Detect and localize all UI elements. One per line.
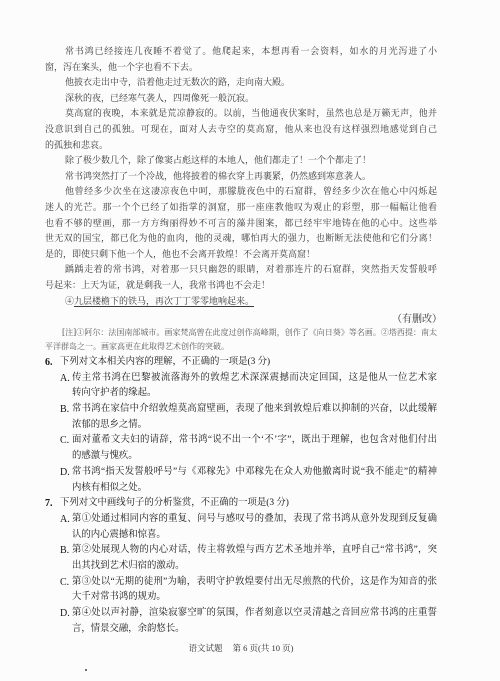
- option-text: 第④处以声衬静，渲染寂寥空旷的氛围，作者刻意以空灵清越之音回应常书鸿的庄重誓: [72, 606, 437, 622]
- question-stem: 下列对文本相关内容的理解，不正确的一项是(3 分): [45, 355, 437, 371]
- option-label: C.: [60, 575, 72, 591]
- underlined-sentence-4: ④九层楼檐下的铁马，再次丁丁零零地响起来。: [45, 295, 437, 311]
- option-text: 常书鸿在家信中介绍敦煌莫高窟壁画，表现了他来到敦煌后难以抑制的兴奋，以此缓解: [72, 402, 437, 418]
- questions: 6. 下列对文本相关内容的理解，不正确的一项是(3 分) A. 传主常书鸿在巴黎…: [45, 355, 437, 637]
- passage-line: 没意识到自己的孤独。可现在，面对人去寺空的莫高窟，他从来也没有这样强烈地感觉到自…: [45, 123, 437, 139]
- question-6-option-b: B. 常书鸿在家信中介绍敦煌莫高窟壁画，表现了他来到敦煌后难以抑制的兴奋，以此缓…: [45, 402, 437, 418]
- question-6-stem: 6. 下列对文本相关内容的理解，不正确的一项是(3 分): [45, 355, 437, 371]
- option-text: 第③处以“无期的徒刑”为喻，表明守护敦煌要付出无尽煎熬的代价，这是作为知音的张: [72, 575, 437, 591]
- option-text-continued: 出其找到艺术归宿的激动。: [45, 559, 437, 575]
- question-number: 7.: [45, 496, 53, 512]
- option-text: 第②处展现人物的内心对话，传主将敦煌与西方艺术圣地并举，直呼自己“常书鸿”，突: [72, 543, 437, 559]
- passage-line: 世无双的国宝，都已化为他的血肉，他的灵魂，哪怕再大的强力，也断断无法使他和它们分…: [45, 232, 437, 248]
- option-label: D.: [60, 606, 72, 622]
- annotation-line: [注]①阿尔：法国南部城市。画家梵高曾在此度过创作高峰期，创作了《向日葵》等名画…: [45, 326, 437, 340]
- question-6-option-d: D. 常书鸿“指天发誓般呼号”与《邓稼先》中邓稼先在众人劝他撤离时说“我不能走”…: [45, 465, 437, 481]
- option-text-continued: 的感激与愧疚。: [45, 449, 437, 465]
- passage-line: 迷人的光芒。那一个个已经了如指掌的洞窟，那一座座教他叹为观止的彩塑，那一幅幅让他…: [45, 201, 437, 217]
- exam-page: 常书鸿已经接连几夜睡不着觉了。他爬起来，本想再看一会资料，如水的月光泻进了小 窗…: [0, 0, 500, 681]
- passage-line: 的孤独和悲哀。: [45, 139, 437, 155]
- footer-page-number: 第 6 页(共 10 页): [233, 643, 294, 653]
- underlined-text: 九层楼檐下的铁马，再次丁丁零零地响起来。: [74, 297, 254, 307]
- option-label: C.: [60, 433, 72, 449]
- option-text-continued: 大千对常书鸿的规劝。: [45, 590, 437, 606]
- question-stem: 下列对文中画线句子的分析鉴赏，不正确的一项是(3 分): [45, 496, 437, 512]
- passage-line: 踽踽走着的常书鸿，对着那一只只幽怨的眼睛，对着那连片的石窟群，突然指天发誓般呼: [45, 263, 437, 279]
- passage-line: 莫高窟的夜晚，本来就是荒凉静寂的。以前，当他通夜伏案时，虽然也总是万籁无声，他并: [45, 107, 437, 123]
- question-7-stem: 7. 下列对文中画线句子的分析鉴赏，不正确的一项是(3 分): [45, 496, 437, 512]
- question-6-option-c: C. 面对董希文夫妇的请辞，常书鸿“说不出一个‘不’字”，既出于理解，也包含对他…: [45, 433, 437, 449]
- scan-speck: [85, 669, 87, 671]
- option-label: D.: [60, 465, 72, 481]
- passage-line: 除了极少数几个，除了像窦占彪这样的本地人，他们都走了！一个个都走了！: [45, 154, 437, 170]
- option-label: A.: [60, 371, 72, 387]
- annotation: [注]①阿尔：法国南部城市。画家梵高曾在此度过创作高峰期，创作了《向日葵》等名画…: [45, 326, 437, 354]
- reading-passage: 常书鸿已经接连几夜睡不着觉了。他爬起来，本想再看一会资料，如水的月光泻进了小 窗…: [45, 45, 437, 310]
- question-number: 6.: [45, 355, 53, 371]
- sentence-marker: ④: [65, 297, 74, 307]
- question-7-option-b: B. 第②处展现人物的内心对话，传主将敦煌与西方艺术圣地并举，直呼自己“常书鸿”…: [45, 543, 437, 559]
- passage-line: 他曾经多少次坐在这凄凉夜色中呵，那朦胧夜色中的石窟群，曾经多少次在他心中闪烁起: [45, 185, 437, 201]
- option-text: 传主常书鸿在巴黎被流落海外的敦煌艺术深深震撼而决定回国，这是他从一位艺术家: [72, 371, 437, 387]
- option-text-continued: 转向守护者的缘起。: [45, 386, 437, 402]
- option-label: B.: [60, 402, 72, 418]
- passage-line: 常书鸿突然打了一个冷战，他将披着的棉衣穿上再裹紧，仍然感到寒意袭人。: [45, 170, 437, 186]
- option-text-continued: 浓郁的思乡之情。: [45, 418, 437, 434]
- footer-subject: 语文试题: [189, 643, 223, 653]
- option-text: 常书鸿“指天发誓般呼号”与《邓稼先》中邓稼先在众人劝他撤离时说“我不能走”的精神: [72, 465, 437, 481]
- page-footer: 语文试题第 6 页(共 10 页): [0, 642, 482, 654]
- question-7-option-c: C. 第③处以“无期的徒刑”为喻，表明守护敦煌要付出无尽煎熬的代价，这是作为知音…: [45, 575, 437, 591]
- question-7-option-d: D. 第④处以声衬静，渲染寂寥空旷的氛围，作者刻意以空灵清越之音回应常书鸿的庄重…: [45, 606, 437, 622]
- option-text-continued: 内核有相似之处。: [45, 481, 437, 497]
- passage-line: 常书鸿已经接连几夜睡不着觉了。他爬起来，本想再看一会资料，如水的月光泻进了小: [45, 45, 437, 61]
- passage-line: 他披衣走出中寺，沿着他走过无数次的路，走向南大殿。: [45, 76, 437, 92]
- option-label: B.: [60, 543, 72, 559]
- passage-line: 窗，泻在案头，他一个字也看不下去。: [45, 61, 437, 77]
- passage-line: 也看不够的壁画，那一方方绚丽得妙不可言的藻井图案，都已经牢牢地铸在他的心中。这些…: [45, 217, 437, 233]
- option-text-continued: 认的内心震撼和惊喜。: [45, 528, 437, 544]
- passage-line: 号起来：上天为证，就是剩我一人，我常书鸿也不会走！: [45, 279, 437, 295]
- option-label: A.: [60, 512, 72, 528]
- option-text-continued: 言，情景交融，余韵悠长。: [45, 622, 437, 638]
- option-text: 面对董希文夫妇的请辞，常书鸿“说不出一个‘不’字”，既出于理解，也包含对他们付出: [72, 433, 437, 449]
- option-text: 第①处通过相同内容的重复、问号与感叹号的叠加，表现了常书鸿从意外发现到反复确: [72, 512, 437, 528]
- question-6-option-a: A. 传主常书鸿在巴黎被流落海外的敦煌艺术深深震撼而决定回国，这是他从一位艺术家: [45, 371, 437, 387]
- question-7-option-a: A. 第①处通过相同内容的重复、问号与感叹号的叠加，表现了常书鸿从意外发现到反复…: [45, 512, 437, 528]
- passage-line: 是的，即使只剩下他一个人，他也不会离开敦煌！不会离开莫高窟！: [45, 248, 437, 264]
- passage-line: 深秋的夜，已经寒气袭人，四周像死一般沉寂。: [45, 92, 437, 108]
- annotation-line: 平洋群岛之一。画家高更在此取得艺术创作的突破。: [45, 340, 437, 354]
